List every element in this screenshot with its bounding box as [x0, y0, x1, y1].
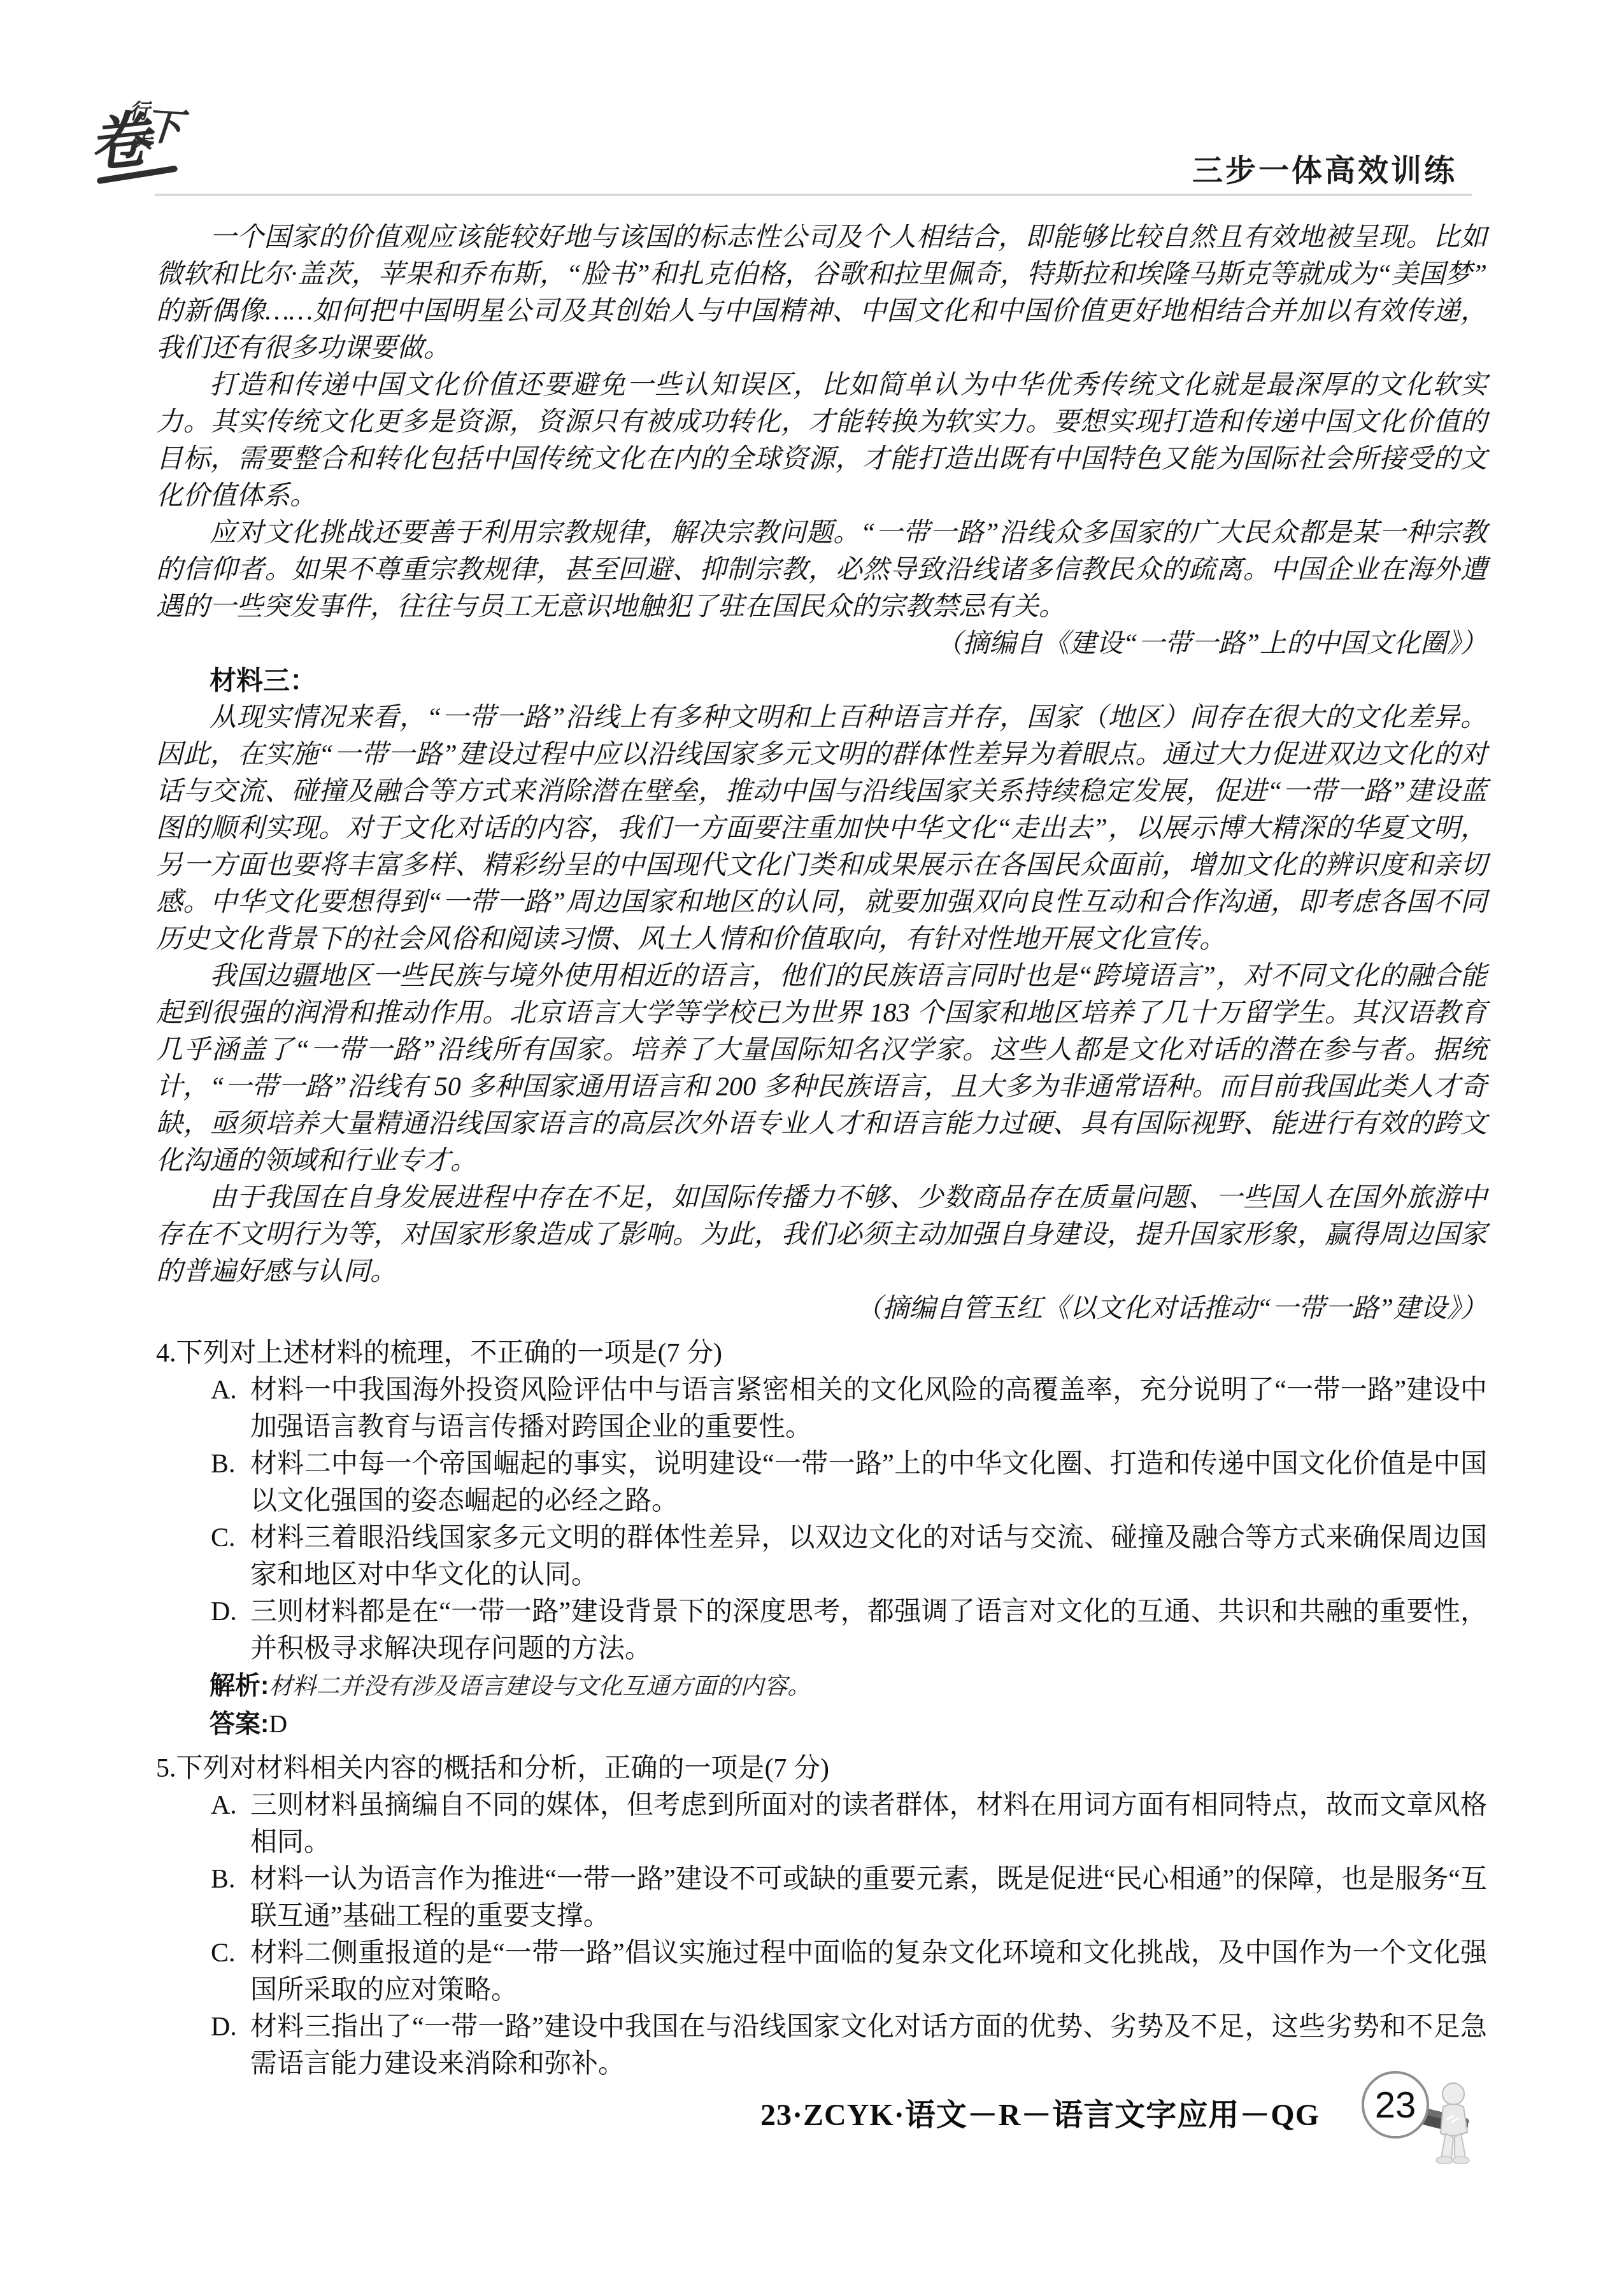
- passage-paragraph: 由于我国在自身发展进程中存在不足，如国际传播力不够、少数商品存在质量问题、一些国…: [156, 1179, 1487, 1290]
- header-title: 三步一体高效训练: [1192, 146, 1457, 190]
- option-text: 材料二中每一个帝国崛起的事实，说明建设“一带一路”上的中华文化圈、打造和传递中国…: [250, 1449, 1487, 1516]
- option-label: B.: [211, 1861, 236, 1898]
- option-row: A. 三则材料虽摘编自不同的媒体，但考虑到所面对的读者群体，材料在用词方面有相同…: [210, 1787, 1487, 1861]
- question-number: 4.: [156, 1339, 176, 1368]
- page-number-badge: 23: [1362, 2071, 1429, 2139]
- answer-label: 答案:: [210, 1710, 269, 1738]
- option-row: C. 材料二侧重报道的是“一带一路”倡议实施过程中面临的复杂文化环境和文化挑战，…: [210, 1935, 1487, 2009]
- option-row: B. 材料二中每一个帝国崛起的事实，说明建设“一带一路”上的中华文化圈、打造和传…: [210, 1446, 1487, 1520]
- question-4: 4.下列对上述材料的梳理，不正确的一项是(7 分) A. 材料一中我国海外投资风…: [156, 1335, 1487, 1742]
- option-text: 三则材料虽摘编自不同的媒体，但考虑到所面对的读者群体，材料在用词方面有相同特点，…: [250, 1791, 1487, 1857]
- option-text: 材料一中我国海外投资风险评估中与语言紧密相关的文化风险的高覆盖率，充分说明了“一…: [250, 1376, 1487, 1442]
- question-stem-text: 下列对上述材料的梳理，不正确的一项是(7 分): [176, 1339, 722, 1368]
- material-heading: 材料三：: [156, 662, 1487, 699]
- question-5: 5.下列对材料相关内容的概括和分析，正确的一项是(7 分) A. 三则材料虽摘编…: [156, 1750, 1487, 2082]
- option-label: D.: [211, 1593, 237, 1630]
- question-number: 5.: [156, 1754, 176, 1783]
- source-attribution: （摘编自管玉红《以文化对话推动“一带一路”建设》）: [156, 1290, 1487, 1327]
- option-row: B. 材料一认为语言作为推进“一带一路”建设不可或缺的重要元素，既是促进“民心相…: [210, 1861, 1487, 1935]
- page-footer: 23·ZCYK·语文－R－语言文字应用－QG 23: [0, 2062, 1624, 2202]
- analysis-text: 材料二并没有涉及语言建设与文化互通方面的内容。: [269, 1674, 811, 1700]
- answer-value: D: [269, 1709, 287, 1738]
- source-attribution: （摘编自《建设“一带一路”上的中国文化圈》）: [156, 625, 1487, 662]
- option-text: 材料三着眼沿线国家多元文明的群体性差异，以双边文化的对话与交流、碰撞及融合等方式…: [250, 1523, 1487, 1590]
- passage-paragraph: 从现实情况来看，“一带一路”沿线上有多种文明和上百种语言并存，国家（地区）间存在…: [156, 699, 1487, 958]
- question-stem: 4.下列对上述材料的梳理，不正确的一项是(7 分): [156, 1335, 1487, 1372]
- option-label: A.: [211, 1787, 237, 1824]
- analysis-label: 解析:: [210, 1672, 269, 1700]
- answer-row: 答案:D: [210, 1705, 1487, 1742]
- passage-paragraph: 应对文化挑战还要善于利用宗教规律，解决宗教问题。“一带一路”沿线众多国家的广大民…: [156, 515, 1487, 625]
- page-number: 23: [1375, 2084, 1416, 2126]
- option-row: A. 材料一中我国海外投资风险评估中与语言紧密相关的文化风险的高覆盖率，充分说明…: [210, 1372, 1487, 1446]
- page-body: 一个国家的价值观应该能较好地与该国的标志性公司及个人相结合，即能够比较自然且有效…: [156, 196, 1487, 2082]
- analysis-row: 解析:材料二并没有涉及语言建设与文化互通方面的内容。: [210, 1667, 1487, 1705]
- passage-paragraph: 我国边疆地区一些民族与境外使用相近的语言，他们的民族语言同时也是“跨境语言”，对…: [156, 958, 1487, 1179]
- question-stem-text: 下列对材料相关内容的概括和分析，正确的一项是(7 分): [176, 1754, 829, 1783]
- passage-paragraph: 打造和传递中国文化价值还要避免一些认知误区，比如简单认为中华优秀传统文化就是最深…: [156, 367, 1487, 515]
- option-label: A.: [211, 1372, 237, 1409]
- option-row: C. 材料三着眼沿线国家多元文明的群体性差异，以双边文化的对话与交流、碰撞及融合…: [210, 1520, 1487, 1593]
- option-label: C.: [211, 1520, 236, 1556]
- footer-code: 23·ZCYK·语文－R－语言文字应用－QG: [760, 2090, 1320, 2134]
- person-magnifier-icon: [1419, 2080, 1490, 2164]
- option-label: C.: [211, 1935, 236, 1972]
- passage-paragraph: 一个国家的价值观应该能较好地与该国的标志性公司及个人相结合，即能够比较自然且有效…: [156, 219, 1487, 367]
- logo-char: 下: [143, 107, 183, 148]
- page-header: 卷 行 天 下 三步一体高效训练: [0, 0, 1624, 196]
- question-stem: 5.下列对材料相关内容的概括和分析，正确的一项是(7 分): [156, 1750, 1487, 1787]
- exam-page: 卷 行 天 下 三步一体高效训练 一个国家的价值观应该能较好地与该国的标志性公司…: [0, 0, 1624, 2271]
- option-text: 材料二侧重报道的是“一带一路”倡议实施过程中面临的复杂文化环境和文化挑战，及中国…: [250, 1939, 1487, 2005]
- option-row: D. 三则材料都是在“一带一路”建设背景下的深度思考，都强调了语言对文化的互通、…: [210, 1593, 1487, 1667]
- option-label: B.: [211, 1446, 236, 1483]
- brand-logo: 卷 行 天 下: [90, 98, 167, 196]
- option-text: 材料一认为语言作为推进“一带一路”建设不可或缺的重要元素，既是促进“民心相通”的…: [250, 1865, 1487, 1931]
- option-label: D.: [211, 2009, 237, 2046]
- option-text: 三则材料都是在“一带一路”建设背景下的深度思考，都强调了语言对文化的互通、共识和…: [250, 1597, 1487, 1663]
